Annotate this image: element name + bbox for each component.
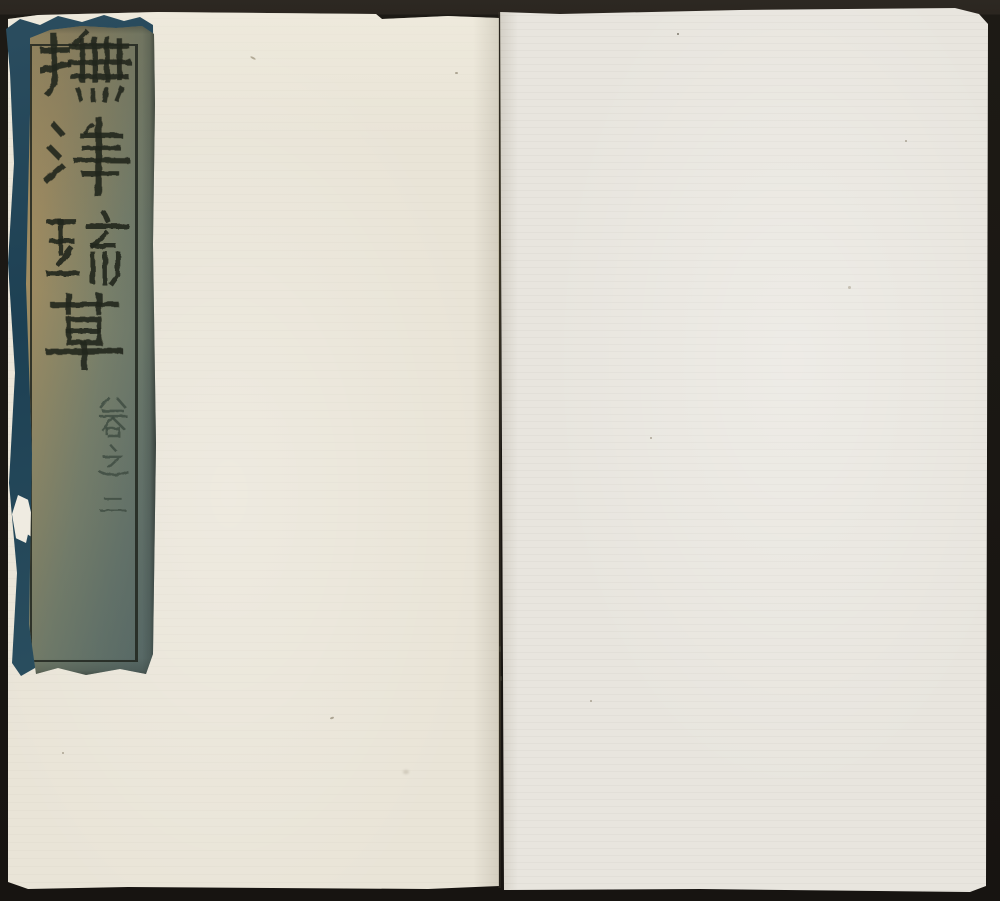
title-char-2: 津 <box>44 116 131 199</box>
paper-speck <box>62 752 64 754</box>
title-char-glyph <box>46 208 130 292</box>
title-char-4: 草 <box>40 292 129 371</box>
volume-char-glyph <box>90 396 136 440</box>
volume-char-2: 之 <box>90 444 136 484</box>
title-char-glyph <box>40 28 133 105</box>
title-char-glyph <box>40 292 129 371</box>
title-char-3: 疏 <box>46 208 130 292</box>
right-page <box>500 8 988 892</box>
volume-char-glyph <box>90 444 136 484</box>
paper-speck <box>677 33 679 35</box>
stitch-mark <box>499 646 501 652</box>
title-slip: 撫 津 <box>24 24 156 678</box>
paper-speck <box>905 140 907 142</box>
paper-speck <box>848 286 851 289</box>
book-cover-scan: 撫 津 <box>0 0 1000 901</box>
center-fold-crease <box>498 12 501 888</box>
paper-speck <box>403 770 409 774</box>
paper-speck <box>455 72 458 74</box>
volume-char-1: 卷 <box>90 396 136 440</box>
volume-char-3: 二 <box>90 488 136 520</box>
paper-speck <box>650 437 652 439</box>
title-char-glyph <box>44 116 131 199</box>
volume-char-glyph <box>90 488 136 520</box>
stitch-mark <box>500 676 502 681</box>
title-char-1: 撫 <box>40 28 133 105</box>
paper-speck <box>590 700 592 702</box>
